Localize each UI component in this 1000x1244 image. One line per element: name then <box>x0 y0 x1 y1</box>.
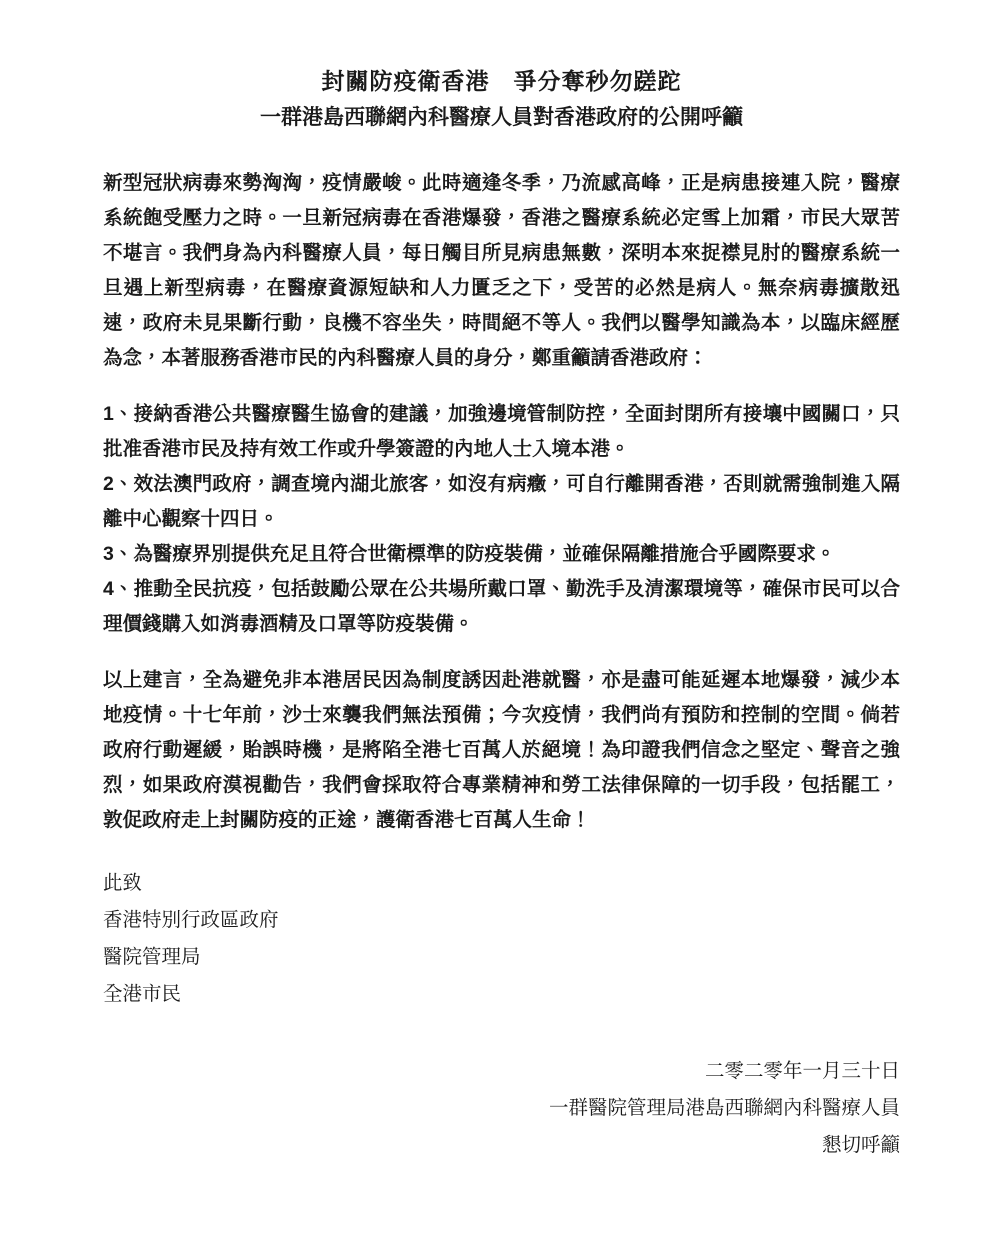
demand-item-2: 2、效法澳門政府，調查境內湖北旅客，如沒有病癥，可自行離開香港，否則就需強制進入… <box>103 467 900 537</box>
demand-item-4: 4、推動全民抗疫，包括鼓勵公眾在公共場所戴口罩、勤洗手及清潔環境等，確保市民可以… <box>103 572 900 642</box>
demand-list: 1、接納香港公共醫療醫生協會的建議，加強邊境管制防控，全面封閉所有接壤中國關口，… <box>103 397 900 642</box>
demand-item-1: 1、接納香港公共醫療醫生協會的建議，加強邊境管制防控，全面封閉所有接壤中國關口，… <box>103 397 900 467</box>
open-letter-page: 封關防疫衛香港 爭分奪秒勿蹉跎 一群港島西聯網內科醫療人員對香港政府的公開呼籲 … <box>0 0 1000 1244</box>
closing-addressee-hk-citizens: 全港市民 <box>103 976 900 1013</box>
closing-salutation: 此致 <box>103 865 900 902</box>
signature-appeal: 懇切呼籲 <box>103 1127 900 1164</box>
letter-subtitle: 一群港島西聯網內科醫療人員對香港政府的公開呼籲 <box>103 104 900 132</box>
closing-addressee-hksar-government: 香港特別行政區政府 <box>103 902 900 939</box>
signature-authors: 一群醫院管理局港島西聯網內科醫療人員 <box>103 1090 900 1127</box>
closing-addressee-hospital-authority: 醫院管理局 <box>103 939 900 976</box>
closing-block: 此致 香港特別行政區政府 醫院管理局 全港市民 <box>103 865 900 1013</box>
paragraph-intro: 新型冠狀病毒來勢洶洶，疫情嚴峻。此時適逢冬季，乃流感高峰，正是病患接連入院，醫療… <box>103 166 900 376</box>
signature-date: 二零二零年一月三十日 <box>103 1053 900 1090</box>
letter-title: 封關防疫衛香港 爭分奪秒勿蹉跎 <box>103 66 900 96</box>
signature-block: 二零二零年一月三十日 一群醫院管理局港島西聯網內科醫療人員 懇切呼籲 <box>103 1053 900 1164</box>
demand-item-3: 3、為醫療界別提供充足且符合世衛標準的防疫裝備，並確保隔離措施合乎國際要求。 <box>103 537 900 572</box>
paragraph-conclusion: 以上建言，全為避免非本港居民因為制度誘因赴港就醫，亦是盡可能延遲本地爆發，減少本… <box>103 663 900 838</box>
